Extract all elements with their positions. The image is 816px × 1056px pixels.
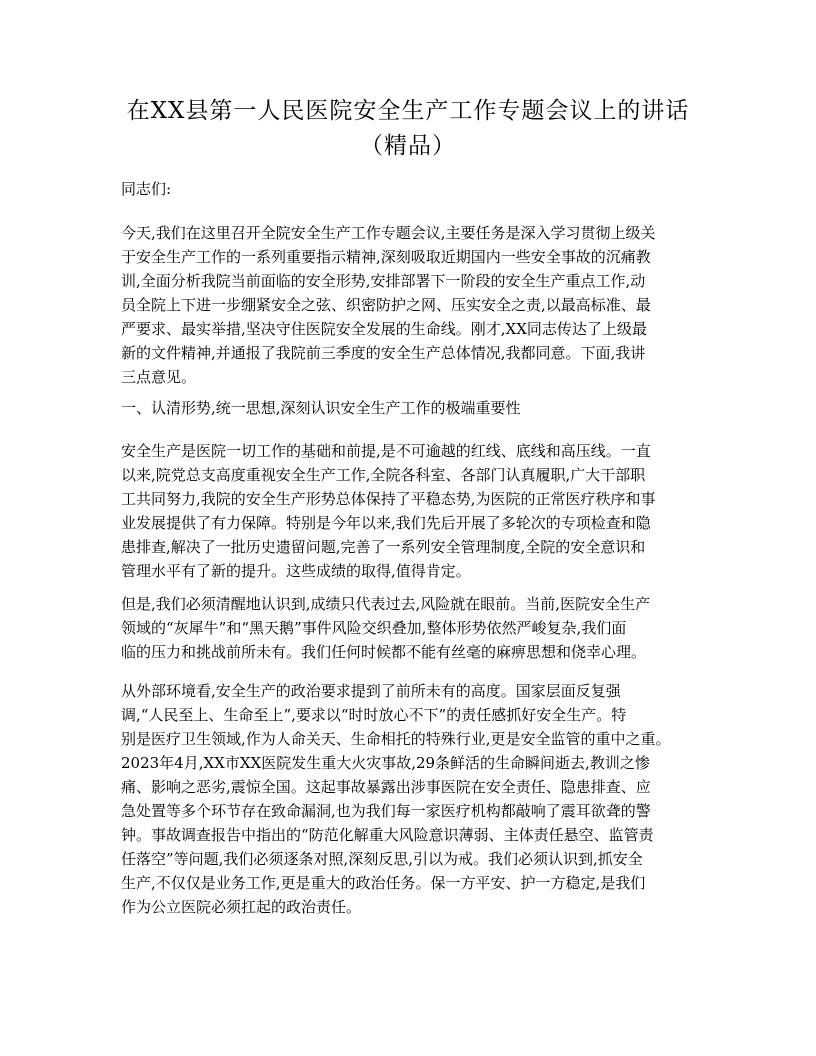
text-line: 今天,我们在这里召开全院安全生产工作专题会议,主要任务是深入学习贯彻上级关 [121,221,711,245]
text-line: 临的压力和挑战前所未有。我们任何时候都不能有丝毫的麻痹思想和侥幸心理。 [121,640,711,664]
text-line: 以来,院党总支高度重视安全生产工作,全院各科室、各部门认真履职,广大干部职 [121,463,711,487]
document-title: 在XX县第一人民医院安全生产工作专题会议上的讲话 [0,96,816,126]
text-line: 安全生产是医院一切工作的基础和前提,是不可逾越的红线、底线和高压线。一直 [121,439,711,463]
text-line: 患排查,解决了一批历史遗留问题,完善了一系列安全管理制度,全院的安全意识和 [121,535,711,559]
document-subtitle: （精品） [0,131,816,161]
text-line: 领域的“灰犀牛”和“黑天鹅”事件风险交织叠加,整体形势依然严峻复杂,我们面 [121,616,711,640]
text-line: 但是,我们必须清醒地认识到,成绩只代表过去,风险就在眼前。当前,医院安全生产 [121,592,711,616]
text-line: 急处置等多个环节存在致命漏洞,也为我们每一家医疗机构都敲响了震耳欲聋的警 [121,799,711,823]
text-line: 同志们: [121,177,711,201]
section-heading-1: 一、认清形势,统一思想,深刻认识安全生产工作的极端重要性 [121,396,711,420]
heading-line: 一、认清形势,统一思想,深刻认识安全生产工作的极端重要性 [121,396,711,420]
paragraph-risks: 但是,我们必须清醒地认识到,成绩只代表过去,风险就在眼前。当前,医院安全生产 领… [121,592,711,664]
text-line: 于安全生产工作的一系列重要指示精神,深刻吸取近期国内一些安全事故的沉痛教 [121,245,711,269]
text-line: 任落空”等问题,我们必须逐条对照,深刻反思,引以为戒。我们必须认识到,抓安全 [121,847,711,871]
text-line: 2023年4月,XX市XX医院发生重大火灾事故,29条鲜活的生命瞬间逝去,教训之… [121,751,711,775]
text-line: 从外部环境看,安全生产的政治要求提到了前所未有的高度。国家层面反复强 [121,679,711,703]
document-page: 在XX县第一人民医院安全生产工作专题会议上的讲话 （精品） 同志们: 今天,我们… [0,0,816,1056]
salutation: 同志们: [121,177,711,201]
text-line: 训,全面分析我院当前面临的安全形势,安排部署下一阶段的安全生产重点工作,动 [121,269,711,293]
text-line: 管理水平有了新的提升。这些成绩的取得,值得肯定。 [121,559,711,583]
text-line: 调,“人民至上、生命至上”,要求以“时时放心不下”的责任感抓好安全生产。特 [121,703,711,727]
text-line: 三点意见。 [121,365,711,389]
text-line: 别是医疗卫生领域,作为人命关天、生命相托的特殊行业,更是安全监管的重中之重。 [121,727,711,751]
paragraph-intro: 今天,我们在这里召开全院安全生产工作专题会议,主要任务是深入学习贯彻上级关 于安… [121,221,711,389]
text-line: 痛、影响之恶劣,震惊全国。这起事故暴露出涉事医院在安全责任、隐患排查、应 [121,775,711,799]
text-line: 生产,不仅仅是业务工作,更是重大的政治任务。保一方平安、护一方稳定,是我们 [121,871,711,895]
paragraph-external-environment: 从外部环境看,安全生产的政治要求提到了前所未有的高度。国家层面反复强 调,“人民… [121,679,711,919]
text-line: 工共同努力,我院的安全生产形势总体保持了平稳态势,为医院的正常医疗秩序和事 [121,487,711,511]
text-line: 作为公立医院必须扛起的政治责任。 [121,895,711,919]
text-line: 新的文件精神,并通报了我院前三季度的安全生产总体情况,我都同意。下面,我讲 [121,341,711,365]
text-line: 钟。事故调查报告中指出的“防范化解重大风险意识薄弱、主体责任悬空、监管责 [121,823,711,847]
paragraph-achievements: 安全生产是医院一切工作的基础和前提,是不可逾越的红线、底线和高压线。一直 以来,… [121,439,711,583]
text-line: 严要求、最实举措,坚决守住医院安全发展的生命线。刚才,XX同志传达了上级最 [121,317,711,341]
text-line: 业发展提供了有力保障。特别是今年以来,我们先后开展了多轮次的专项检查和隐 [121,511,711,535]
text-line: 员全院上下进一步绷紧安全之弦、织密防护之网、压实安全之责,以最高标准、最 [121,293,711,317]
